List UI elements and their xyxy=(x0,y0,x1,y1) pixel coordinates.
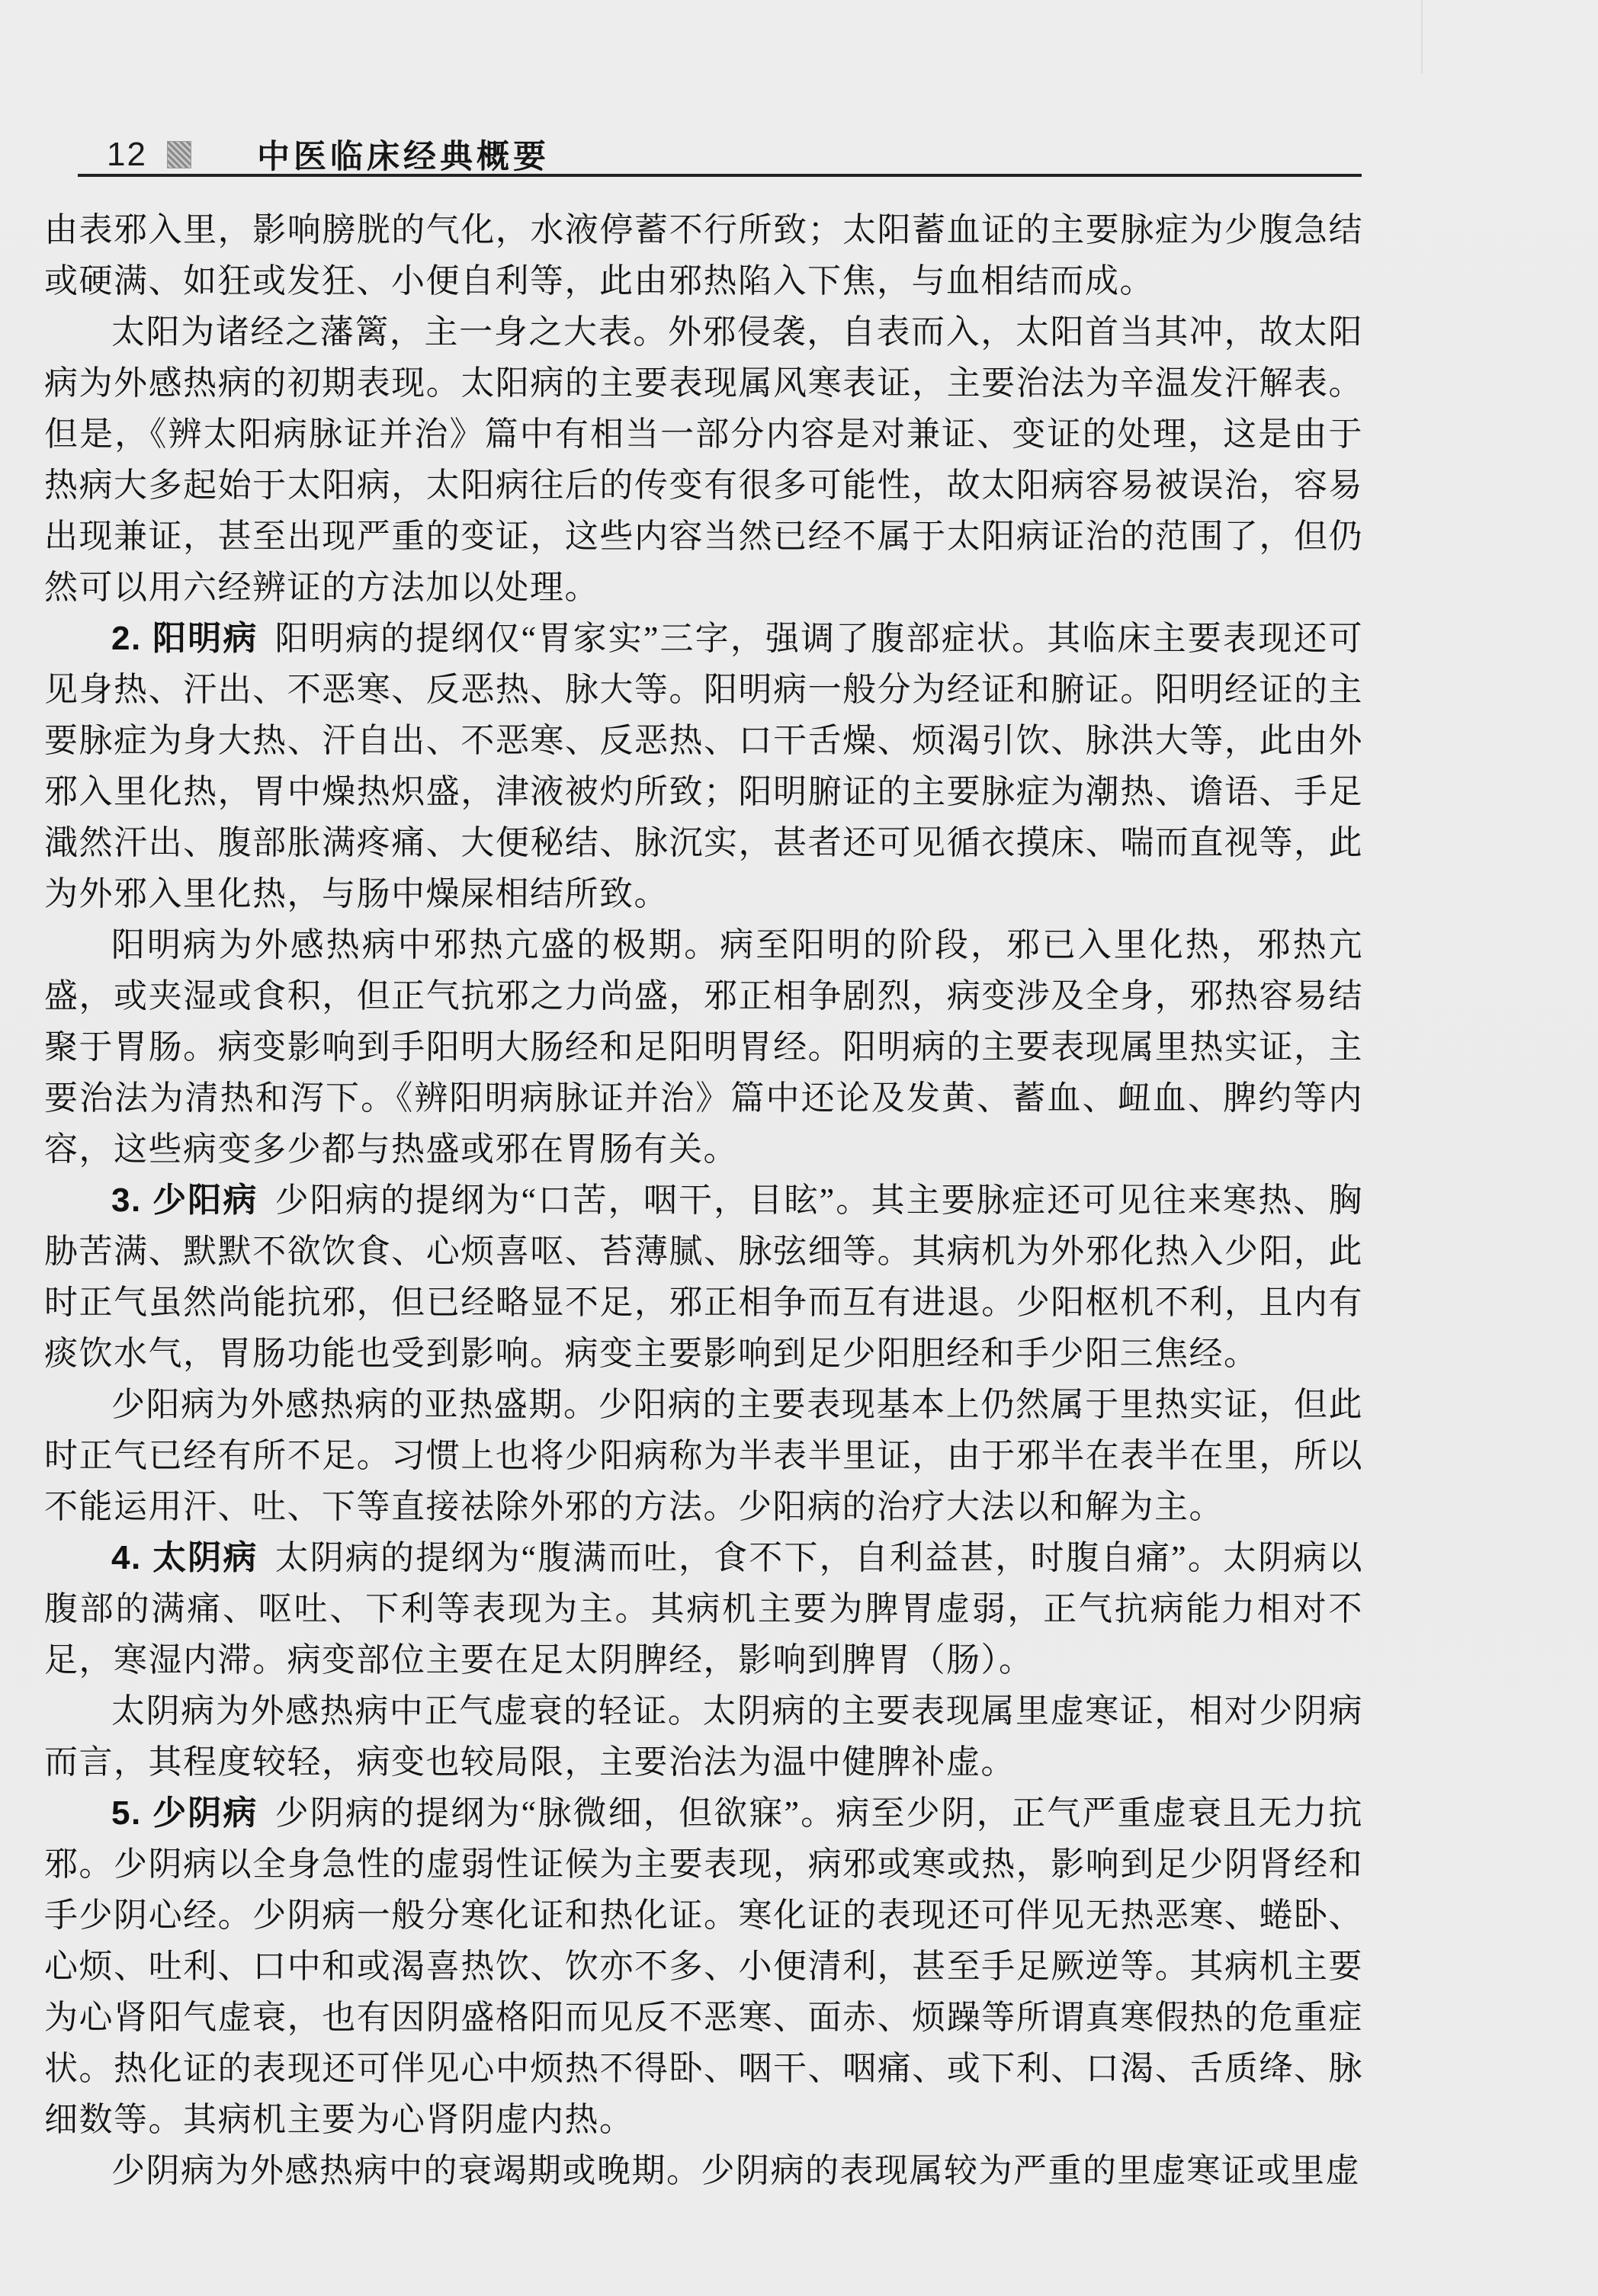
paragraph-label: 3. 少阳病 xyxy=(111,1182,258,1219)
running-header: 12 中医临床经典概要 xyxy=(107,131,550,178)
paragraph-label: 4. 太阴病 xyxy=(111,1539,258,1576)
paragraph: 由表邪入里，影响膀胱的气化，水液停蓄不行所致；太阳蓄血证的主要脉症为少腹急结或硬… xyxy=(44,204,1363,306)
paragraph-text: 阳明病的提纲仅“胃家实”三字，强调了腹部症状。其临床主要表现还可见身热、汗出、不… xyxy=(44,620,1363,912)
paragraph-shaoyang: 3. 少阳病少阳病的提纲为“口苦，咽干，目眩”。其主要脉症还可见往来寒热、胸胁苦… xyxy=(44,1175,1363,1379)
paragraph-taiyin: 4. 太阴病太阴病的提纲为“腹满而吐，食不下，自利益甚，时腹自痛”。太阴病以腹部… xyxy=(44,1532,1363,1685)
paragraph: 太阴病为外感热病中正气虚衰的轻证。太阴病的主要表现属里虚寒证，相对少阴病而言，其… xyxy=(44,1685,1363,1788)
decorative-square-icon xyxy=(167,141,191,168)
book-page: 12 中医临床经典概要 由表邪入里，影响膀胱的气化，水液停蓄不行所致；太阳蓄血证… xyxy=(0,0,1598,2296)
paragraph-text: 阳明病为外感热病中邪热亢盛的极期。病至阳明的阶段，邪已入里化热，邪热亢盛，或夹湿… xyxy=(44,926,1363,1168)
paragraph-label: 2. 阳明病 xyxy=(111,620,258,657)
paragraph-text: 少阴病为外感热病中的衰竭期或晚期。少阴病的表现属较为严重的里虚寒证或里虚 xyxy=(111,2152,1360,2189)
header-rule xyxy=(78,174,1362,177)
scan-artifact-line xyxy=(1421,0,1423,73)
paragraph: 阳明病为外感热病中邪热亢盛的极期。病至阳明的阶段，邪已入里化热，邪热亢盛，或夹湿… xyxy=(44,919,1363,1175)
page-number: 12 xyxy=(107,136,147,174)
paragraph-text: 由表邪入里，影响膀胱的气化，水液停蓄不行所致；太阳蓄血证的主要脉症为少腹急结或硬… xyxy=(44,211,1363,300)
paragraph: 少阳病为外感热病的亚热盛期。少阳病的主要表现基本上仍然属于里热实证，但此时正气已… xyxy=(44,1379,1363,1532)
paragraph-text: 太阳为诸经之藩篱，主一身之大表。外邪侵袭，自表而入，太阳首当其冲，故太阳病为外感… xyxy=(44,313,1363,606)
paragraph-text: 少阴病的提纲为“脉微细，但欲寐”。病至少阴，正气严重虚衰且无力抗邪。少阴病以全身… xyxy=(44,1794,1363,2138)
paragraph-text: 太阴病为外感热病中正气虚衰的轻证。太阴病的主要表现属里虚寒证，相对少阴病而言，其… xyxy=(44,1692,1363,1781)
paragraph-yangming: 2. 阳明病阳明病的提纲仅“胃家实”三字，强调了腹部症状。其临床主要表现还可见身… xyxy=(44,613,1363,919)
paragraph-label: 5. 少阴病 xyxy=(111,1794,258,1832)
paragraph-shaoyin: 5. 少阴病少阴病的提纲为“脉微细，但欲寐”。病至少阴，正气严重虚衰且无力抗邪。… xyxy=(44,1788,1363,2145)
header-title: 中医临床经典概要 xyxy=(257,131,550,178)
paragraph-text: 少阳病为外感热病的亚热盛期。少阳病的主要表现基本上仍然属于里热实证，但此时正气已… xyxy=(44,1386,1363,1525)
paragraph: 太阳为诸经之藩篱，主一身之大表。外邪侵袭，自表而入，太阳首当其冲，故太阳病为外感… xyxy=(44,306,1363,613)
paragraph: 少阴病为外感热病中的衰竭期或晚期。少阴病的表现属较为严重的里虚寒证或里虚 xyxy=(44,2145,1363,2196)
page-body: 由表邪入里，影响膀胱的气化，水液停蓄不行所致；太阳蓄血证的主要脉症为少腹急结或硬… xyxy=(44,204,1363,2196)
